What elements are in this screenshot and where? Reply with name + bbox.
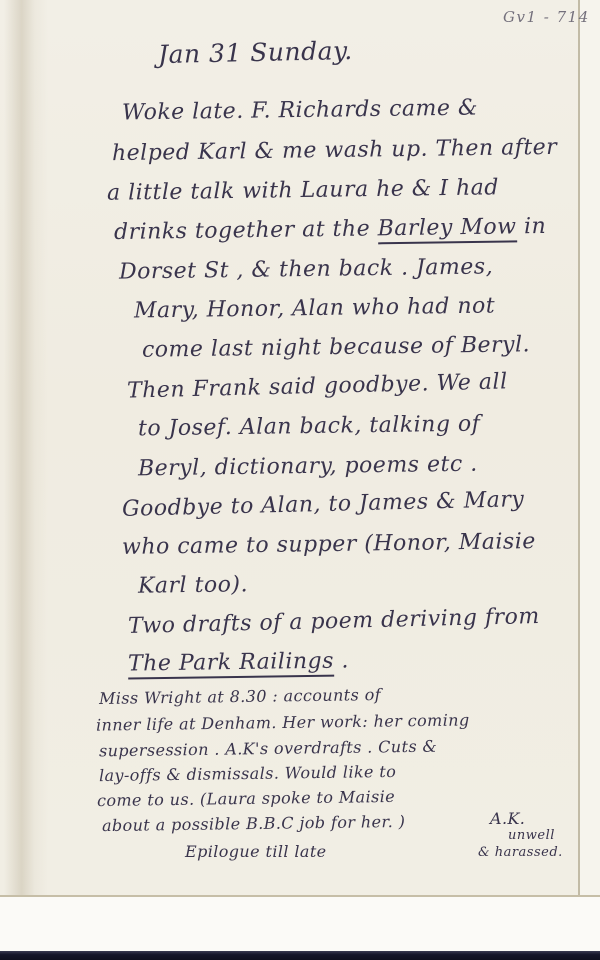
page-right-edge-strip: [580, 0, 600, 897]
entry-line-4-pre: drinks together at the: [114, 216, 378, 245]
entry-line-6: Mary, Honor, Alan who had not: [134, 293, 495, 323]
poem-title-post: .: [334, 648, 349, 673]
entry-line-4-post: in: [516, 214, 546, 239]
entry-line-9: to Josef. Alan back, talking of: [138, 412, 481, 442]
poem-title-underlined: The Park Railings: [128, 649, 334, 680]
backing-page: [0, 897, 600, 951]
page-right-edge-line: [578, 0, 580, 897]
left-crease-shadow: [4, 0, 48, 897]
margin-word-harassed: & harassed.: [478, 845, 563, 860]
notes-line-1: Miss Wright at 8.30 : accounts of: [99, 685, 381, 708]
scanner-dark-strip: [0, 951, 600, 960]
entry-line-10: Beryl, dictionary, poems etc .: [138, 452, 478, 482]
entry-line-4: drinks together at the Barley Mow in: [114, 214, 547, 245]
entry-line-15-poem-title: The Park Railings .: [128, 648, 349, 676]
entry-line-13: Karl too).: [138, 572, 248, 599]
entry-line-1: Woke late. F. Richards came &: [122, 96, 478, 126]
entry-line-5: Dorset St , & then back . James,: [119, 254, 493, 284]
notes-line-7-epilogue: Epilogue till late: [185, 842, 327, 861]
archive-ref: Gv1 - 714: [503, 8, 590, 26]
scanned-diary-page: Gv1 - 714 Jan 31 Sunday. Woke late. F. R…: [0, 0, 600, 960]
margin-word-unwell: unwell: [508, 828, 555, 843]
entry-date-heading: Jan 31 Sunday.: [158, 36, 353, 69]
margin-initials: A.K.: [490, 809, 525, 828]
entry-line-4-underlined-pub-name: Barley Mow: [377, 214, 516, 244]
